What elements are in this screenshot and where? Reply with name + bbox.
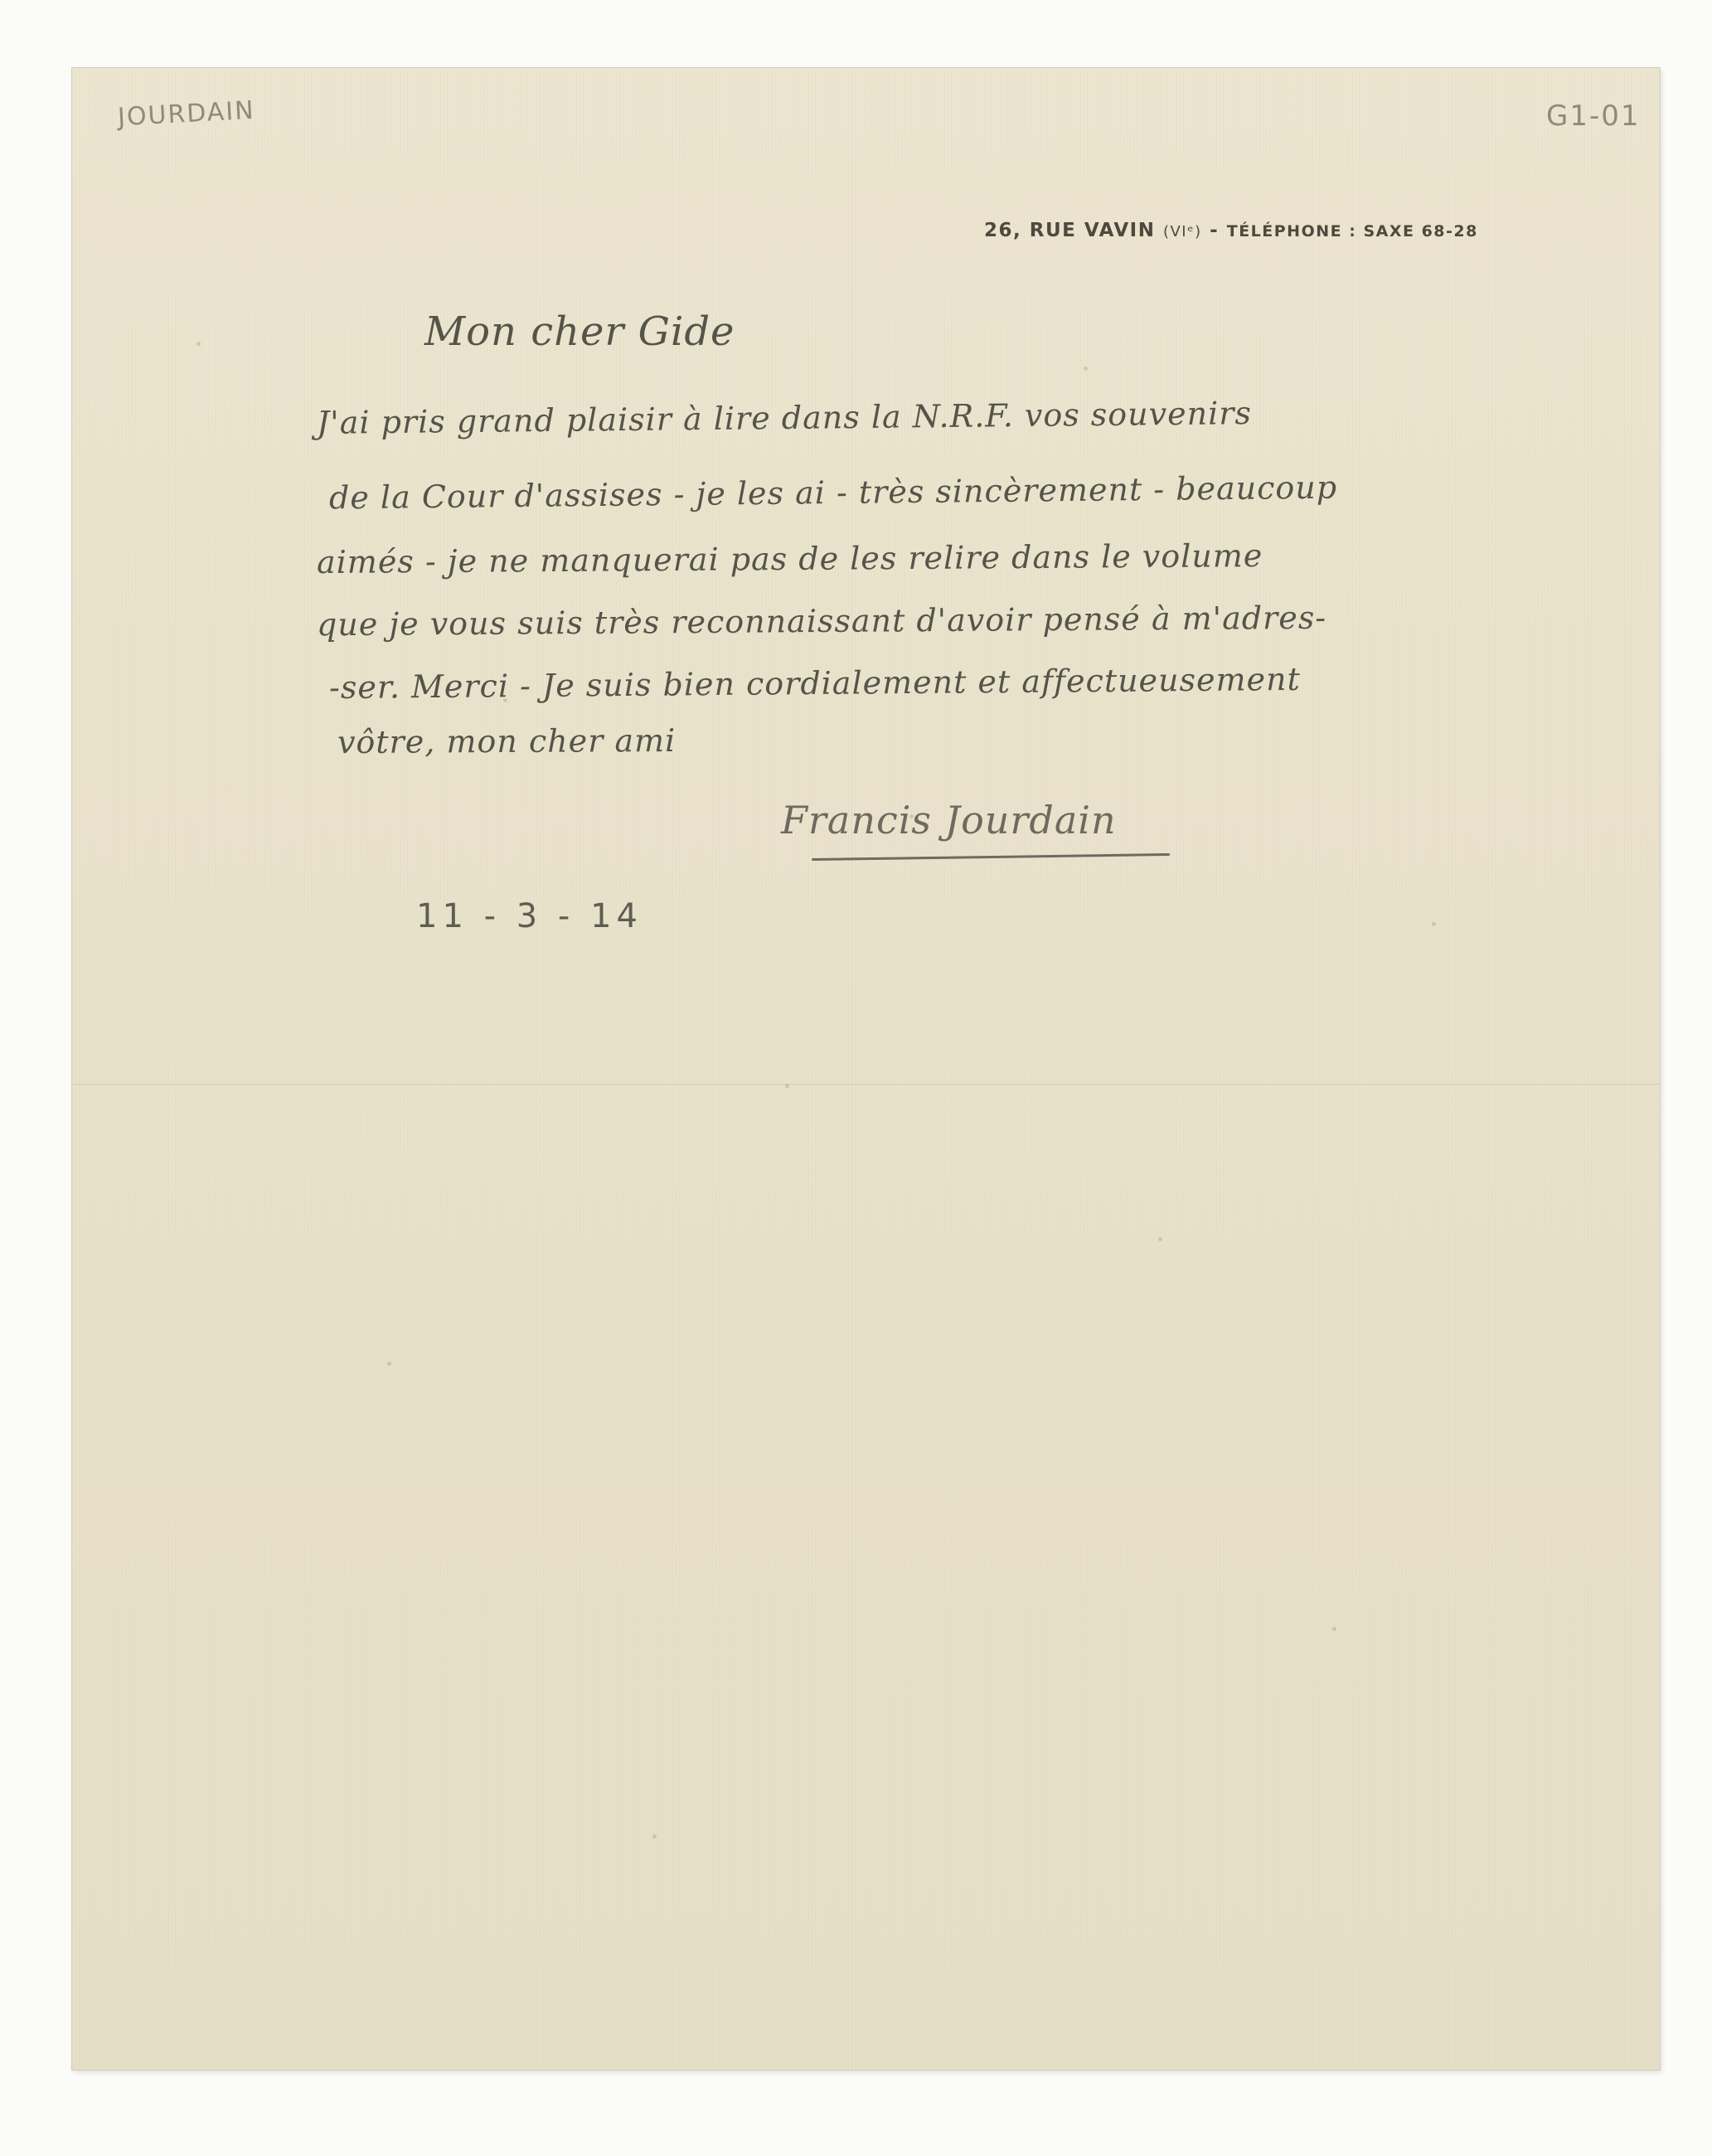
paper-speck <box>1084 367 1088 371</box>
letterhead: 26, RUE VAVIN (VIᵉ) - TÉLÉPHONE : SAXE 6… <box>984 220 1478 241</box>
paper-speck <box>1158 1237 1162 1241</box>
paper-speck <box>785 1084 789 1088</box>
body-line-5: -ser. Merci - Je suis bien cordialement … <box>329 661 1301 706</box>
horizontal-fold-crease <box>72 1084 1660 1085</box>
vertical-fold-crease <box>851 68 853 2070</box>
body-line-1: J'ai pris grand plaisir à lire dans la N… <box>317 395 1252 441</box>
paper-speck <box>503 698 507 702</box>
body-line-3: aimés - je ne manquerai pas de les relir… <box>317 537 1263 580</box>
paper-speck <box>196 342 201 346</box>
archive-pencil-reference: G1-01 <box>1546 100 1641 133</box>
paper-speck <box>1332 1627 1336 1631</box>
paper-speck <box>909 814 914 818</box>
letterhead-telephone: TÉLÉPHONE : SAXE 68-28 <box>1227 222 1478 240</box>
archive-pencil-name: JOURDAIN <box>117 96 255 133</box>
body-line-6: vôtre, mon cher ami <box>337 722 676 760</box>
letter-sheet: JOURDAIN G1-01 26, RUE VAVIN (VIᵉ) - TÉL… <box>72 68 1660 2070</box>
signature: Francis Jourdain <box>781 798 1117 842</box>
body-line-4: que je vous suis très reconnaissant d'av… <box>317 600 1326 643</box>
paper-speck <box>387 1362 391 1366</box>
body-line-2: de la Cour d'assises - je les ai - très … <box>329 469 1338 517</box>
salutation: Mon cher Gide <box>424 308 735 355</box>
signature-underline <box>812 853 1170 861</box>
letter-date: 11 - 3 - 14 <box>416 897 643 935</box>
letterhead-separator: - <box>1210 220 1227 241</box>
letterhead-address: 26, RUE VAVIN <box>984 220 1155 241</box>
paper-speck <box>1432 922 1436 926</box>
letterhead-arrondissement: (VIᵉ) <box>1163 223 1202 240</box>
paper-speck <box>652 1834 657 1838</box>
